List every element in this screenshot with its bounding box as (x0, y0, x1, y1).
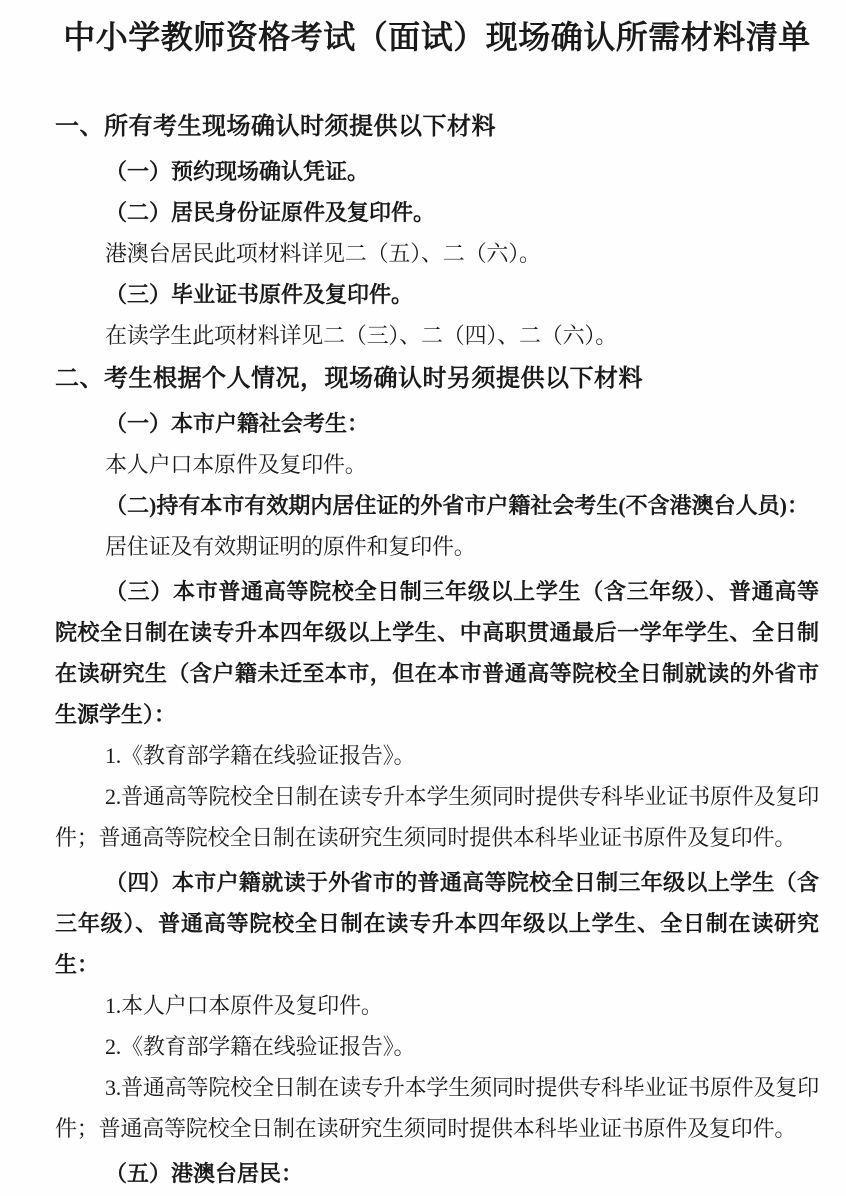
material-item: （四）本市户籍就读于外省市的普通高等院校全日制三年级以上学生（含三年级）、普通高… (55, 862, 819, 985)
material-item-numbered: 1.本人户口本原件及复印件。 (55, 985, 819, 1026)
material-item: （五）港澳台居民： (55, 1153, 819, 1194)
material-item-numbered: 2.普通高等院校全日制在读专升本学生须同时提供专科毕业证书原件及复印件；普通高等… (55, 776, 819, 858)
document-title: 中小学教师资格考试（面试）现场确认所需材料清单 (55, 16, 819, 58)
material-item-note: 港澳台居民此项材料详见二（五）、二（六）。 (55, 233, 819, 274)
material-item-numbered: 1.《教育部学籍在线验证报告》。 (55, 735, 819, 776)
material-item-note: 在读学生此项材料详见二（三）、二（四）、二（六）。 (55, 315, 819, 356)
document-page: 中小学教师资格考试（面试）现场确认所需材料清单 一、所有考生现场确认时须提供以下… (0, 0, 846, 1196)
material-item: （三）本市普通高等院校全日制三年级以上学生（含三年级）、普通高等院校全日制在读专… (55, 571, 819, 735)
section-heading: 一、所有考生现场确认时须提供以下材料 (55, 106, 819, 147)
material-item-note: 本人户口本原件及复印件。 (55, 444, 819, 485)
material-item: （二）居民身份证原件及复印件。 (55, 192, 819, 233)
material-item: （一）预约现场确认凭证。 (55, 151, 819, 192)
section-individual-cases: 二、考生根据个人情况，现场确认时另须提供以下材料 （一）本市户籍社会考生： 本人… (55, 358, 819, 1194)
material-item-note: 居住证及有效期证明的原件和复印件。 (55, 526, 819, 567)
section-heading: 二、考生根据个人情况，现场确认时另须提供以下材料 (55, 358, 819, 399)
material-item-numbered: 3.普通高等院校全日制在读专升本学生须同时提供专科毕业证书原件及复印件；普通高等… (55, 1067, 819, 1149)
material-item: （一）本市户籍社会考生： (55, 403, 819, 444)
material-item: （三）毕业证书原件及复印件。 (55, 274, 819, 315)
material-item-numbered: 2.《教育部学籍在线验证报告》。 (55, 1026, 819, 1067)
section-all-candidates: 一、所有考生现场确认时须提供以下材料 （一）预约现场确认凭证。 （二）居民身份证… (55, 106, 819, 356)
material-item: （二)持有本市有效期内居住证的外省市户籍社会考生(不含港澳台人员)： (55, 485, 819, 526)
